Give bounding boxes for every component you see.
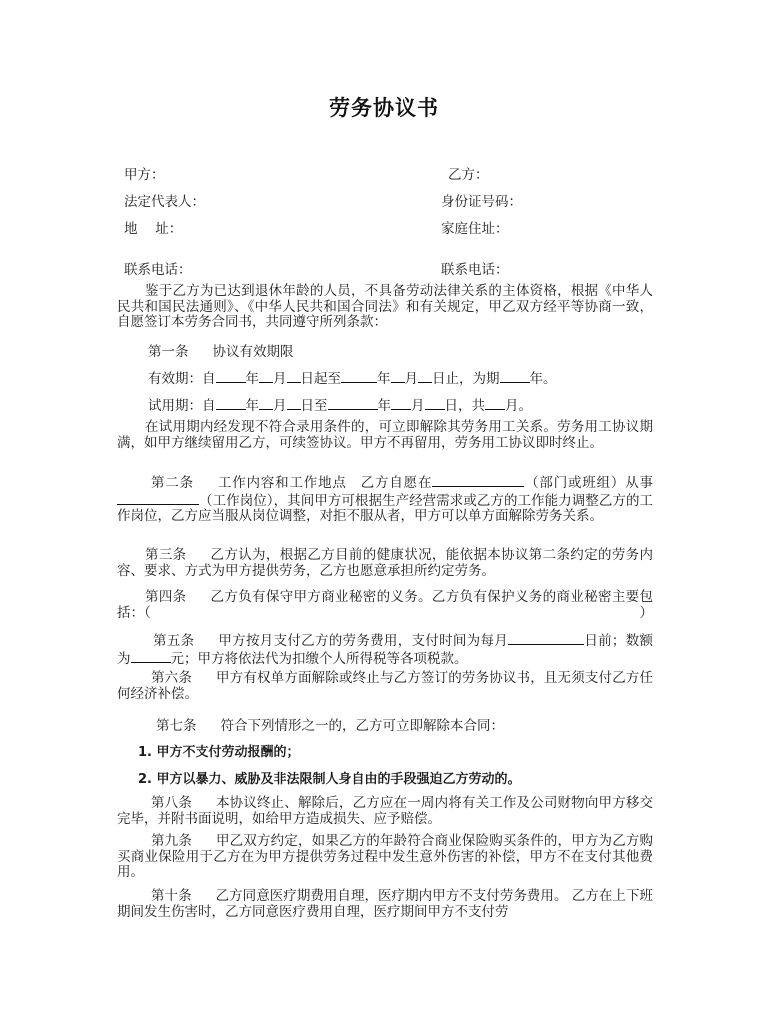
home-address-label: 家庭住址： (441, 217, 509, 237)
article-7-item-1: 1. 甲方不支付劳动报酬的； (138, 741, 300, 760)
article-8-text: 本协议终止、解除后，乙方应在一周内将有关工作及公司财物向甲方移交完毕，并附书面说… (117, 795, 653, 827)
text: 元；甲方将依法代为扣缴个人所得税等各项税款。 (171, 651, 468, 667)
article-6: 第六条甲方有权单方面解除或终止与乙方签订的劳务协议书，且无须支付乙方任何经济补偿… (117, 671, 653, 702)
text: 年。 (530, 371, 557, 387)
validity-end-month-blank[interactable] (391, 370, 405, 383)
text: 月 (273, 398, 287, 414)
validity-start-month-blank[interactable] (259, 370, 273, 383)
text: 日止，为期 (432, 371, 500, 387)
article-5-label: 第五条 (153, 633, 194, 649)
article-3: 第三条乙方认为，根据乙方目前的健康状况，能依据本协议第二条约定的劳务内容、要求、… (117, 548, 653, 579)
address-label: 地 址： (124, 217, 182, 237)
text: 年 (246, 371, 260, 387)
position-blank[interactable] (117, 492, 199, 505)
article-7: 第七条符合下列情形之一的，乙方可立即解除本合同： (156, 714, 504, 734)
text: 月 (411, 398, 425, 414)
id-number-label: 身份证号码： (441, 190, 522, 210)
legal-rep-label: 法定代表人： (124, 190, 205, 210)
probation-start-year-blank[interactable] (216, 397, 246, 410)
text: 年 (377, 371, 391, 387)
article-4-text: 乙方负有保守甲方商业秘密的义务。乙方负有保护义务的商业秘密主要包括：（ (117, 589, 653, 621)
probation-end-month-blank[interactable] (391, 397, 411, 410)
probation-end-year-blank[interactable] (328, 397, 378, 410)
article-2: 第二条工作内容和工作地点乙方自愿在（部门或班组）从事（工作岗位），其间甲方可根据… (117, 474, 653, 525)
validity-period-line: 有效期：自年月日起至年月日止，为期年。 (148, 367, 557, 387)
probation-months-blank[interactable] (485, 397, 505, 410)
payment-amount-blank[interactable] (131, 650, 171, 663)
article-1-title: 协议有效期限 (213, 344, 294, 360)
department-blank[interactable] (432, 474, 524, 487)
probation-prefix: 试用期：自 (148, 398, 216, 414)
probation-end-day-blank[interactable] (425, 397, 445, 410)
article-9: 第九条甲乙双方约定，如果乙方的年龄符合商业保险购买条件的，甲方为乙方购买商业保险… (117, 834, 653, 881)
text: 日，共 (445, 398, 486, 414)
validity-start-year-blank[interactable] (216, 370, 246, 383)
article-6-label: 第六条 (151, 670, 192, 686)
validity-duration-blank[interactable] (500, 370, 530, 383)
article-1-label: 第一条 (148, 344, 189, 360)
article-7-text: 符合下列情形之一的，乙方可立即解除本合同： (221, 718, 505, 734)
party-b-label: 乙方： (448, 163, 489, 183)
article-3-label: 第三条 (145, 547, 187, 563)
text: 甲方按月支付乙方的劳务费用，支付时间为每月 (218, 633, 508, 649)
article-1-heading: 第一条协议有效期限 (148, 340, 294, 360)
article-9-text: 甲乙双方约定，如果乙方的年龄符合商业保险购买条件的，甲方为乙方购买商业保险用于乙… (117, 833, 653, 880)
article-7-label: 第七条 (156, 718, 197, 734)
preamble: 鉴于乙方为已达到退休年龄的人员，不具备劳动法律关系的主体资格，根据《中华人民共和… (117, 284, 653, 331)
article-10-text: 乙方同意医疗期费用自理，医疗期内甲方不支付劳务费用。 乙方在上下班期间发生伤害时… (117, 888, 653, 920)
article-4: 第四条乙方负有保守甲方商业秘密的义务。乙方负有保护义务的商业秘密主要包括：（） (117, 590, 653, 621)
text: （部门或班组）从事 (524, 475, 653, 491)
probation-start-month-blank[interactable] (259, 397, 273, 410)
document-page: 劳务协议书 甲方： 法定代表人： 地 址： 联系电话： 乙方： 身份证号码： 家… (0, 0, 768, 1024)
party-a-phone-label: 联系电话： (124, 258, 192, 278)
text: 日起至 (301, 371, 342, 387)
article-9-label: 第九条 (151, 833, 192, 849)
article-1-body: 在试用期内经发现不符合录用条件的，可立即解除其劳务用工关系。劳务用工协议期满，如… (117, 420, 653, 451)
article-6-text: 甲方有权单方面解除或终止与乙方签订的劳务协议书，且无须支付乙方任何经济补偿。 (117, 670, 653, 702)
text: 月 (273, 371, 287, 387)
article-10: 第十条乙方同意医疗期费用自理，医疗期内甲方不支付劳务费用。 乙方在上下班期间发生… (117, 889, 653, 920)
article-7-item-2: 2. 甲方以暴力、威胁及非法限制人身自由的手段强迫乙方劳动的。 (138, 768, 521, 787)
payment-day-blank[interactable] (508, 632, 584, 645)
probation-period-line: 试用期：自年月日至年月日，共月。 (148, 394, 532, 414)
validity-end-year-blank[interactable] (341, 370, 377, 383)
validity-prefix: 有效期：自 (148, 371, 216, 387)
validity-start-day-blank[interactable] (287, 370, 301, 383)
article-3-text: 乙方认为，根据乙方目前的健康状况，能依据本协议第二条约定的劳务内容、要求、方式为… (117, 547, 653, 579)
text: ） (612, 606, 654, 622)
article-8-label: 第八条 (151, 795, 192, 811)
article-5: 第五条甲方按月支付乙方的劳务费用，支付时间为每月日前；数额为元；甲方将依法代为扣… (117, 632, 653, 667)
text: 月 (405, 371, 419, 387)
article-4-label: 第四条 (145, 589, 187, 605)
text: 月。 (505, 398, 532, 414)
text: 日至 (301, 398, 328, 414)
article-2-title: 工作内容和工作地点 (218, 475, 347, 491)
probation-start-day-blank[interactable] (287, 397, 301, 410)
party-a-label: 甲方： (124, 163, 165, 183)
validity-end-day-blank[interactable] (418, 370, 432, 383)
article-8: 第八条本协议终止、解除后，乙方应在一周内将有关工作及公司财物向甲方移交完毕，并附… (117, 796, 653, 827)
document-title: 劳务协议书 (0, 92, 768, 122)
text: 年 (378, 398, 392, 414)
article-2-label: 第二条 (151, 475, 194, 491)
party-b-phone-label: 联系电话： (441, 258, 509, 278)
text: 年 (246, 398, 260, 414)
text: 乙方自愿在 (361, 475, 433, 491)
article-10-label: 第十条 (151, 888, 192, 904)
